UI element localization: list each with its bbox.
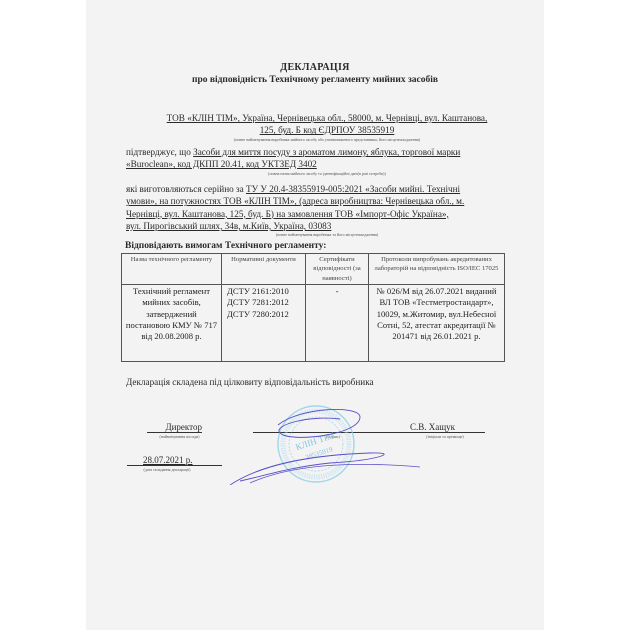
product-name-cont: «Buroclean», код ДКПП 20.41, код УКТЗЕД …	[126, 158, 526, 170]
product-block: підтверджує, що Засоби для миття посуду …	[126, 146, 526, 171]
requirements-heading: Відповідають вимогам Технічного регламен…	[125, 241, 326, 251]
doc-item: ДСТУ 2161:2010	[227, 286, 303, 297]
regulation-table: Назва технічного регламенту Нормативні д…	[121, 253, 505, 362]
position-hint: (найменування посади)	[147, 434, 212, 439]
manufacturer-block: ТОВ «КЛІН ТІМ», Україна, Чернівецька обл…	[127, 112, 527, 137]
produced-spec: ТУ У 20.4-38355919-005:2021 «Засоби мийн…	[246, 184, 460, 194]
declaration-date: 28.07.2021 р.	[143, 455, 193, 465]
date-hint: (дата складання декларації)	[127, 467, 207, 472]
date-line	[127, 465, 222, 466]
position-text: Директор	[147, 422, 202, 432]
cell-regulation: Технічний регламент мийних засобів, затв…	[122, 285, 222, 362]
confirms-label: підтверджує, що	[126, 147, 193, 157]
name-hint: (ініціали та прізвище)	[410, 434, 480, 439]
manufacturer-line: 125, буд. Б код ЄДРПОУ 38535919	[127, 124, 527, 136]
product-name: Засоби для миття посуду з ароматом лимон…	[193, 147, 460, 157]
manufacturer-line: ТОВ «КЛІН ТІМ», Україна, Чернівецька обл…	[127, 112, 527, 124]
header-regulation: Назва технічного регламенту	[122, 254, 222, 285]
cell-protocols: № 026/М від 26.07.2021 виданий ВЛ ТОВ «Т…	[369, 285, 505, 362]
cell-certificates: -	[306, 285, 369, 362]
table-header-row: Назва технічного регламенту Нормативні д…	[122, 254, 505, 285]
position-line	[147, 432, 202, 433]
document-subtitle: про відповідність Технічному регламенту …	[86, 75, 544, 85]
produced-line: умови», на потужностях ТОВ «КЛІН ТІМ», (…	[126, 195, 526, 207]
table-row: Технічний регламент мийних засобів, затв…	[122, 285, 505, 362]
product-hint: (повна назва мийного засобу та ідентифік…	[127, 171, 527, 176]
cell-documents: ДСТУ 2161:2010 ДСТУ 7281:2012 ДСТУ 7280:…	[222, 285, 306, 362]
produced-line: Чернівці, вул. Каштанова, 125, буд. Б) н…	[126, 208, 526, 220]
produced-label: які виготовляються серійно за	[126, 184, 246, 194]
manufacturer-hint: (повне найменування виробника мийного за…	[127, 137, 527, 142]
produced-line: вул. Пирогівський шлях, 34в, м.Київ, Укр…	[126, 220, 526, 232]
document-title: ДЕКЛАРАЦІЯ	[86, 62, 544, 73]
header-certificates: Сертифікати відповідності (за наявності)	[306, 254, 369, 285]
doc-item: ДСТУ 7281:2012	[227, 297, 303, 308]
production-block: які виготовляються серійно за ТУ У 20.4-…	[126, 183, 526, 232]
produced-hint: (повне найменування виробника та його мі…	[127, 232, 527, 237]
header-documents: Нормативні документи	[222, 254, 306, 285]
responsibility-statement: Декларація складена під цілковиту відпов…	[126, 377, 374, 387]
header-protocols: Протоколи випробувань акредитованих лабо…	[369, 254, 505, 285]
doc-item: ДСТУ 7280:2012	[227, 309, 303, 320]
handwritten-signature-icon	[220, 405, 420, 485]
